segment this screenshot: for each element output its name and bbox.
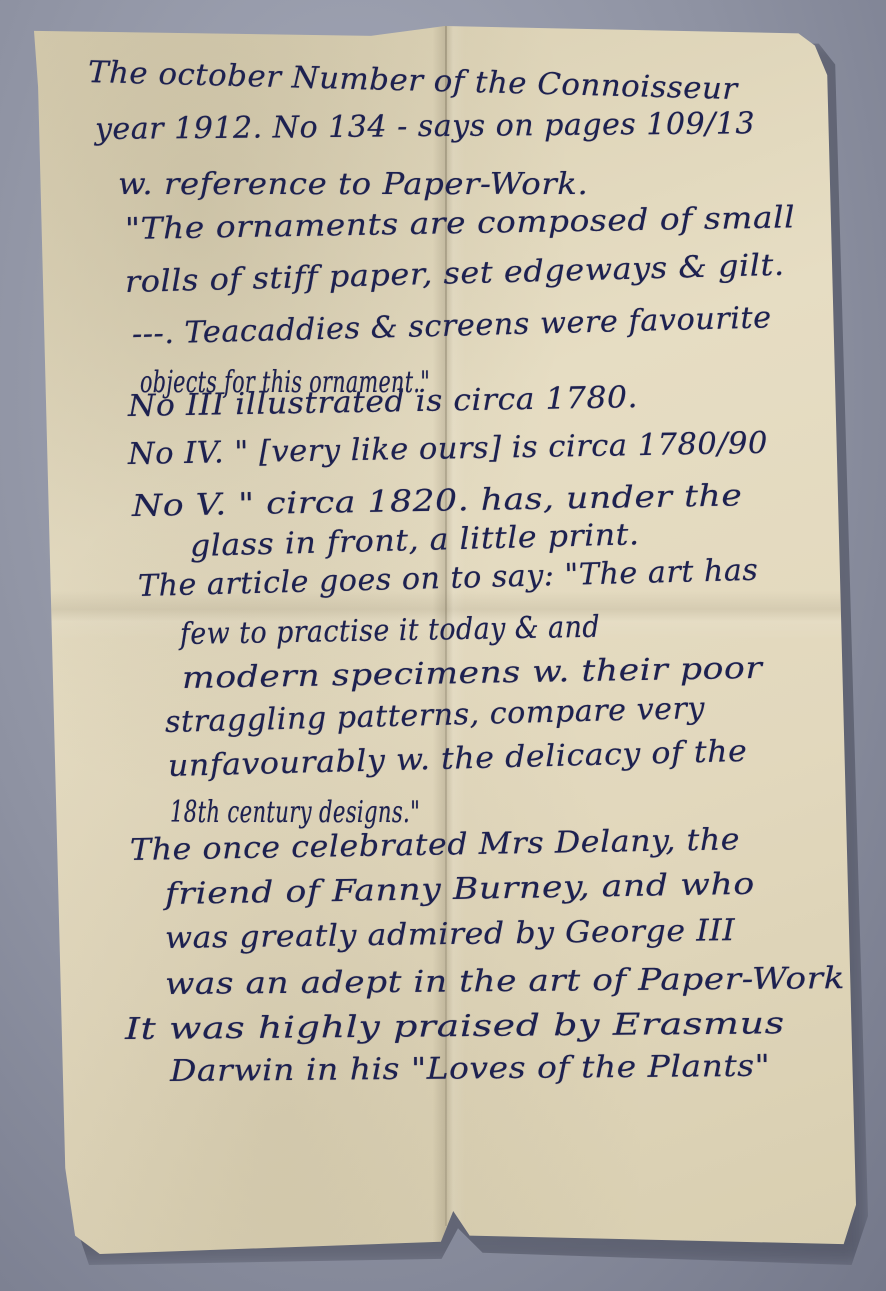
note-line: was an adept in the art of Paper-Work [165,964,845,1000]
note-line: unfavourably w. the delicacy of the [168,737,748,782]
note-line: rolls of stiff paper, set edgeways & gil… [125,251,785,298]
note-line: No III illustrated is circa 1780. [128,383,638,422]
note-line: 18th century designs." [170,798,420,828]
note-line: glass in front, a little print. [190,520,640,562]
note-line: ---. Teacaddies & screens were favourite [132,303,772,350]
note-line: year 1912. No 134 - says on pages 109/13 [95,109,755,145]
note-line: modern specimens w. their poor [182,654,763,694]
note-line: The october Number of the Connoisseur [88,58,738,105]
note-line: was greatly admired by George III [165,916,736,954]
note-line: straggling patterns, compare very [165,694,706,738]
note-line: Darwin in his "Loves of the Plants" [170,1052,771,1087]
note-line: "The ornaments are composed of small [125,203,796,245]
note-line: No IV. " [very like ours] is circa 1780/… [128,429,768,470]
note-line: w. reference to Paper-Work. [118,170,588,200]
note-line: It was highly praised by Erasmus [125,1009,785,1045]
note-line: friend of Fanny Burney, and who [165,870,755,910]
note-line: few to practise it today & and [180,613,601,650]
note-line: No V. " circa 1820. has, under the [132,481,743,522]
handwritten-note: The october Number of the Connoisseur ye… [0,0,886,1291]
note-line: The once celebrated Mrs Delany, the [130,825,741,866]
